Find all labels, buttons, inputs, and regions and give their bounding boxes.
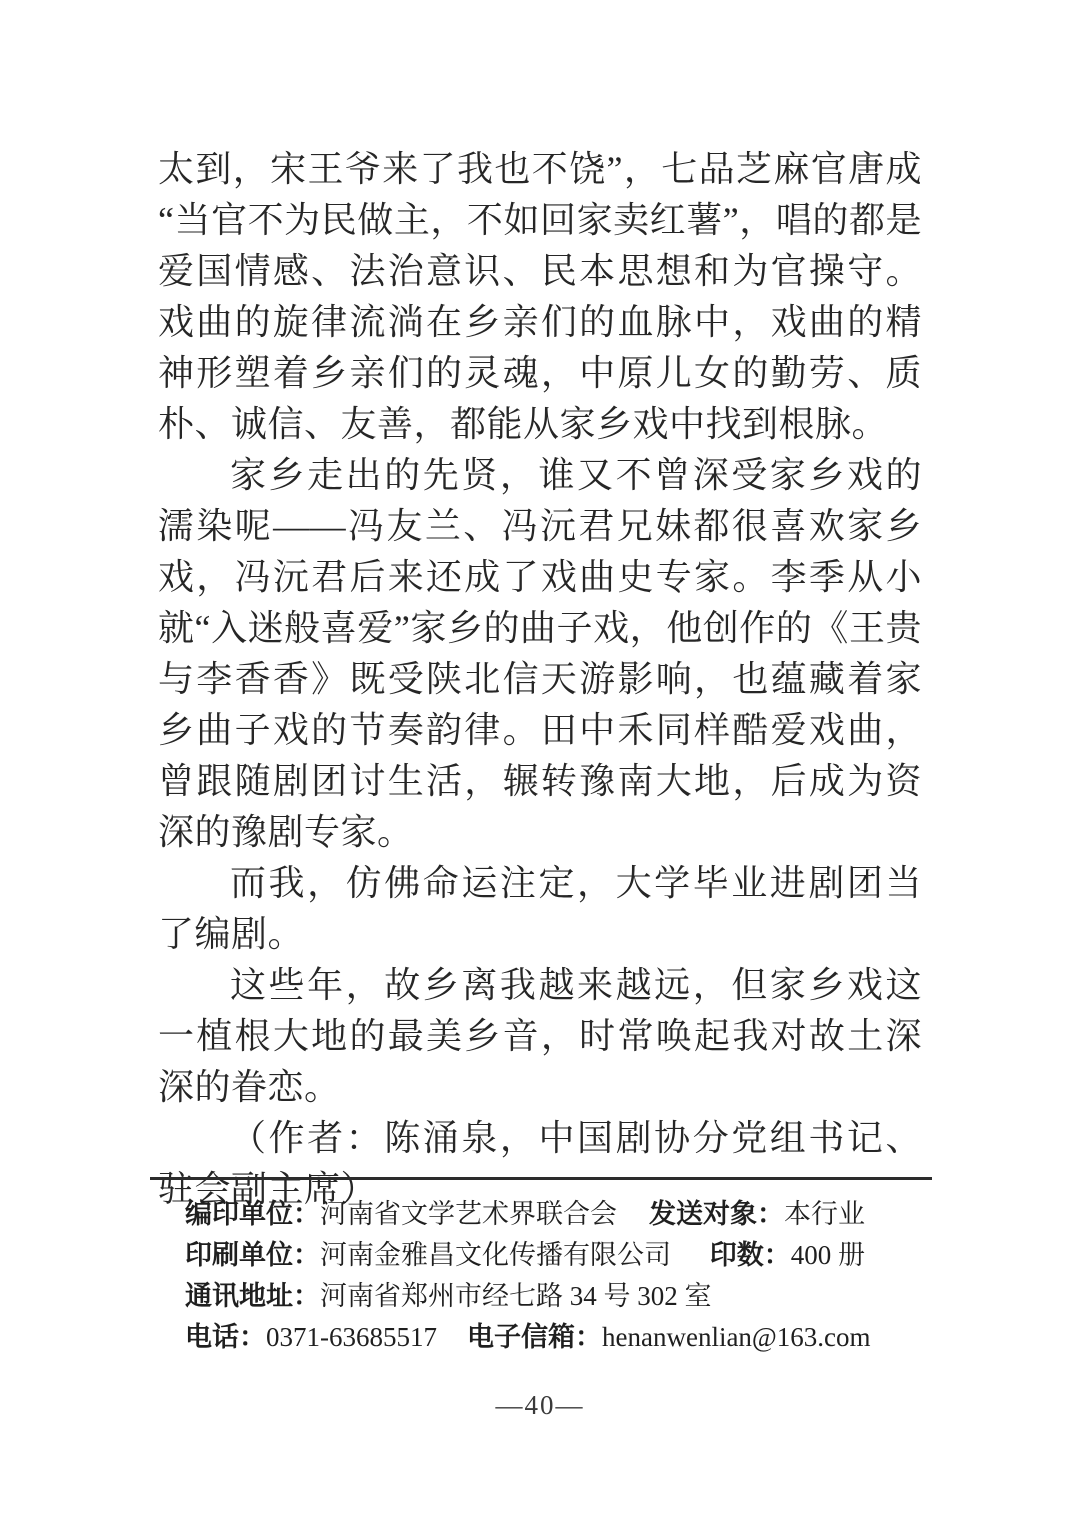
footer-row-contact: 电话：0371-63685517 电子信箱：henanwenlian@163.c…: [185, 1317, 865, 1358]
article-body: 太到，宋王爷来了我也不饶”，七品芝麻官唐成“当官不为民做主，不如回家卖红薯”，唱…: [158, 144, 922, 1215]
recipient-label: 发送对象：: [649, 1199, 784, 1229]
publisher-label: 编印单位：: [185, 1199, 320, 1229]
document-page: 太到，宋王爷来了我也不饶”，七品芝麻官唐成“当官不为民做主，不如回家卖红薯”，唱…: [0, 0, 1080, 1525]
footer-row-address: 通讯地址：河南省郑州市经七路 34 号 302 室: [185, 1276, 865, 1317]
publisher-value: 河南省文学艺术界联合会: [320, 1199, 617, 1229]
article-paragraph: 而我，仿佛命运注定，大学毕业进剧团当了编剧。: [158, 858, 922, 960]
printer-label: 印刷单位：: [185, 1240, 320, 1270]
printer-value: 河南金雅昌文化传播有限公司: [320, 1240, 671, 1270]
page-number: —40—: [0, 1390, 1080, 1421]
recipient-value: 本行业: [784, 1199, 865, 1229]
footer-divider: [150, 1177, 932, 1180]
print-count-value: 400 册: [791, 1240, 865, 1270]
email-value: henanwenlian@163.com: [602, 1322, 871, 1352]
phone-label: 电话：: [185, 1322, 266, 1352]
footer-row-printer: 印刷单位：河南金雅昌文化传播有限公司 印数：400 册: [185, 1235, 865, 1276]
article-paragraph: 这些年，故乡离我越来越远，但家乡戏这一植根大地的最美乡音，时常唤起我对故土深深的…: [158, 960, 922, 1113]
footer-info: 编印单位：河南省文学艺术界联合会 发送对象：本行业 印刷单位：河南金雅昌文化传播…: [185, 1194, 865, 1358]
email-label: 电子信箱：: [467, 1322, 602, 1352]
article-paragraph: 家乡走出的先贤，谁又不曾深受家乡戏的濡染呢——冯友兰、冯沅君兄妹都很喜欢家乡戏，…: [158, 450, 922, 858]
footer-row-publisher: 编印单位：河南省文学艺术界联合会 发送对象：本行业: [185, 1194, 865, 1235]
article-paragraph: 太到，宋王爷来了我也不饶”，七品芝麻官唐成“当官不为民做主，不如回家卖红薯”，唱…: [158, 144, 922, 450]
address-label: 通讯地址：: [185, 1281, 320, 1311]
phone-value: 0371-63685517: [266, 1322, 437, 1352]
print-count-label: 印数：: [710, 1240, 791, 1270]
address-value: 河南省郑州市经七路 34 号 302 室: [320, 1281, 712, 1311]
